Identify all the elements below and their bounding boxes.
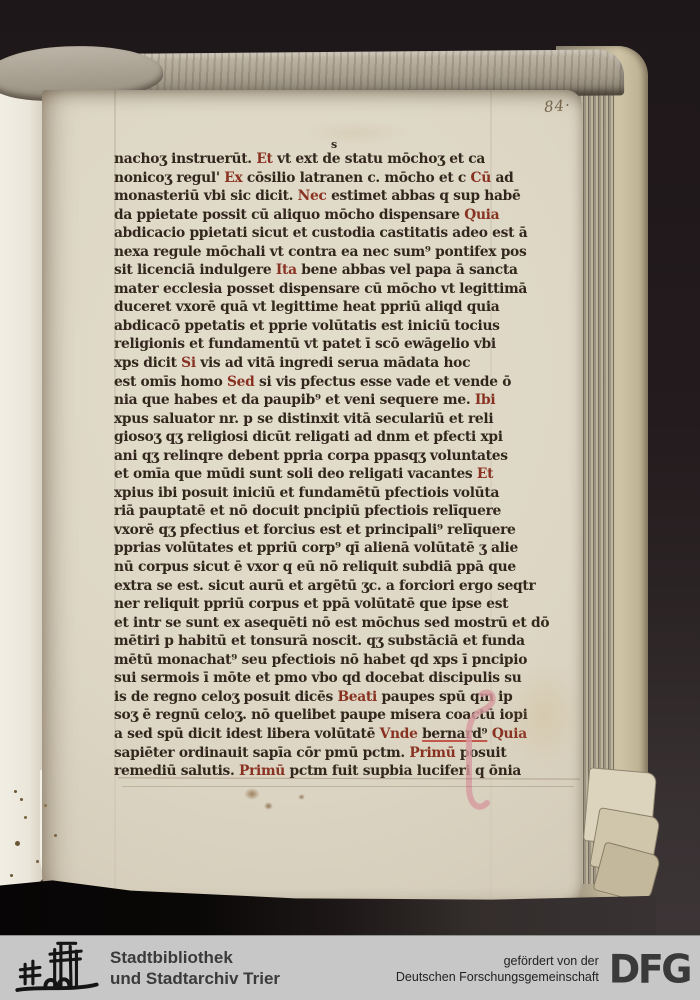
manuscript-line: duceret vxorē quā vt legittime heat ppri… [114,298,574,317]
manuscript-line: sui sermois ī mōte et pmo vbo qd docebat… [114,669,574,688]
manuscript-line: xps dicit Si vis ad vitā ingredi serua m… [114,354,574,373]
manuscript-line: mētiri p habitū et tonsurā noscit. qʒ su… [114,632,574,651]
parchment-speckles [14,790,17,793]
manuscript-line: nachoʒ instruerūt. Et vt ext de statu mō… [114,150,574,169]
manuscript-line: nexa regule mōchali vt contra ea nec sum… [114,243,574,262]
manuscript-line: nonicoʒ regul' Ex cōsilio latranen c. mō… [114,169,574,188]
manuscript-line: mater ecclesia posset dispensare cū mōch… [114,280,574,299]
manuscript-line: xpus saluator nr. p se distinxit vitā se… [114,410,574,429]
marginal-flourish-decoration [452,686,496,820]
porta-nigra-sketch-icon [14,941,100,997]
manuscript-text-block: nachoʒ instruerūt. Et vt ext de statu mō… [114,150,574,781]
manuscript-line: vxorē qʒ pfectius et forcius est et prin… [114,521,574,540]
manuscript-scan-view: 84· s nachoʒ instruerūt. Et vt ext de st… [0,0,700,1000]
manuscript-line: et omīa que mūdi sunt soli deo religati … [114,465,574,484]
parchment-stain [244,788,260,800]
library-name: Stadtbibliothek und Stadtarchiv Trier [110,948,280,989]
manuscript-line: religionis et fundamentū vt patet ī scō … [114,335,574,354]
parchment-stain [300,120,410,146]
funding-credit-line2: Deutschen Forschungsgemeinschaft [396,969,599,985]
manuscript-line: a sed spū dicit idest libera volūtatē Vn… [114,725,574,744]
manuscript-line: extra se est. sicut aurū et argētū ʒc. a… [114,577,574,596]
parchment-stain [264,802,273,810]
manuscript-line: mētū monachat⁹ seu pfectiois nō habet qd… [114,651,574,670]
manuscript-line: monasteriū vbi sic dicit. Nec estimet ab… [114,187,574,206]
parchment-stain [505,660,583,770]
manuscript-line: ner reliquit ppriū corpus et ppā volūtat… [114,595,574,614]
manuscript-line: et intr se sunt ex asequēti nō est mōchu… [114,614,574,633]
library-name-line2: und Stadtarchiv Trier [110,969,280,990]
ruling-line [122,786,574,787]
manuscript-line: da ppietate possit cū aliquo mōcho dispe… [114,206,574,225]
manuscript-line: abdicacō ppetatis et pprie volūtatis est… [114,317,574,336]
manuscript-line: abdicacio ppietati sicut et custodia cas… [114,224,574,243]
manuscript-line: giosoʒ qʒ religiosi dicūt religati ad dn… [114,428,574,447]
folio-number: 84· [543,96,571,116]
digitization-footer-bar: Stadtbibliothek und Stadtarchiv Trier ge… [0,935,700,1000]
manuscript-line: pprias volūtates et ppriū corp⁹ qī alien… [114,539,574,558]
funding-credit: gefördert von der Deutschen Forschungsge… [396,953,599,985]
manuscript-line: sit licenciā indulgere Ita bene abbas ve… [114,261,574,280]
parchment-stain [298,794,305,800]
manuscript-line: est omīs homo Sed si vis pfectus esse va… [114,373,574,392]
funding-credit-line1: gefördert von der [396,953,599,969]
manuscript-line: ani qʒ relinqre debent ppria corpa ppasq… [114,447,574,466]
manuscript-line: nia que habes et da paupib⁹ et veni sequ… [114,391,574,410]
manuscript-line: xpius ibi posuit iniciū et fundamētū pfe… [114,484,574,503]
manuscript-line: nū corpus sicut ē vxor q eū nō reliquit … [114,558,574,577]
manuscript-line: riā pauptatē et nō docuit pncipiū pfecti… [114,502,574,521]
dfg-logo: DFG [609,946,690,992]
manuscript-line: sapiēter ordinauit sapīa cōr pmū pctm. P… [114,744,574,763]
library-name-line1: Stadtbibliothek [110,948,280,969]
page-edge-striations [578,60,614,884]
